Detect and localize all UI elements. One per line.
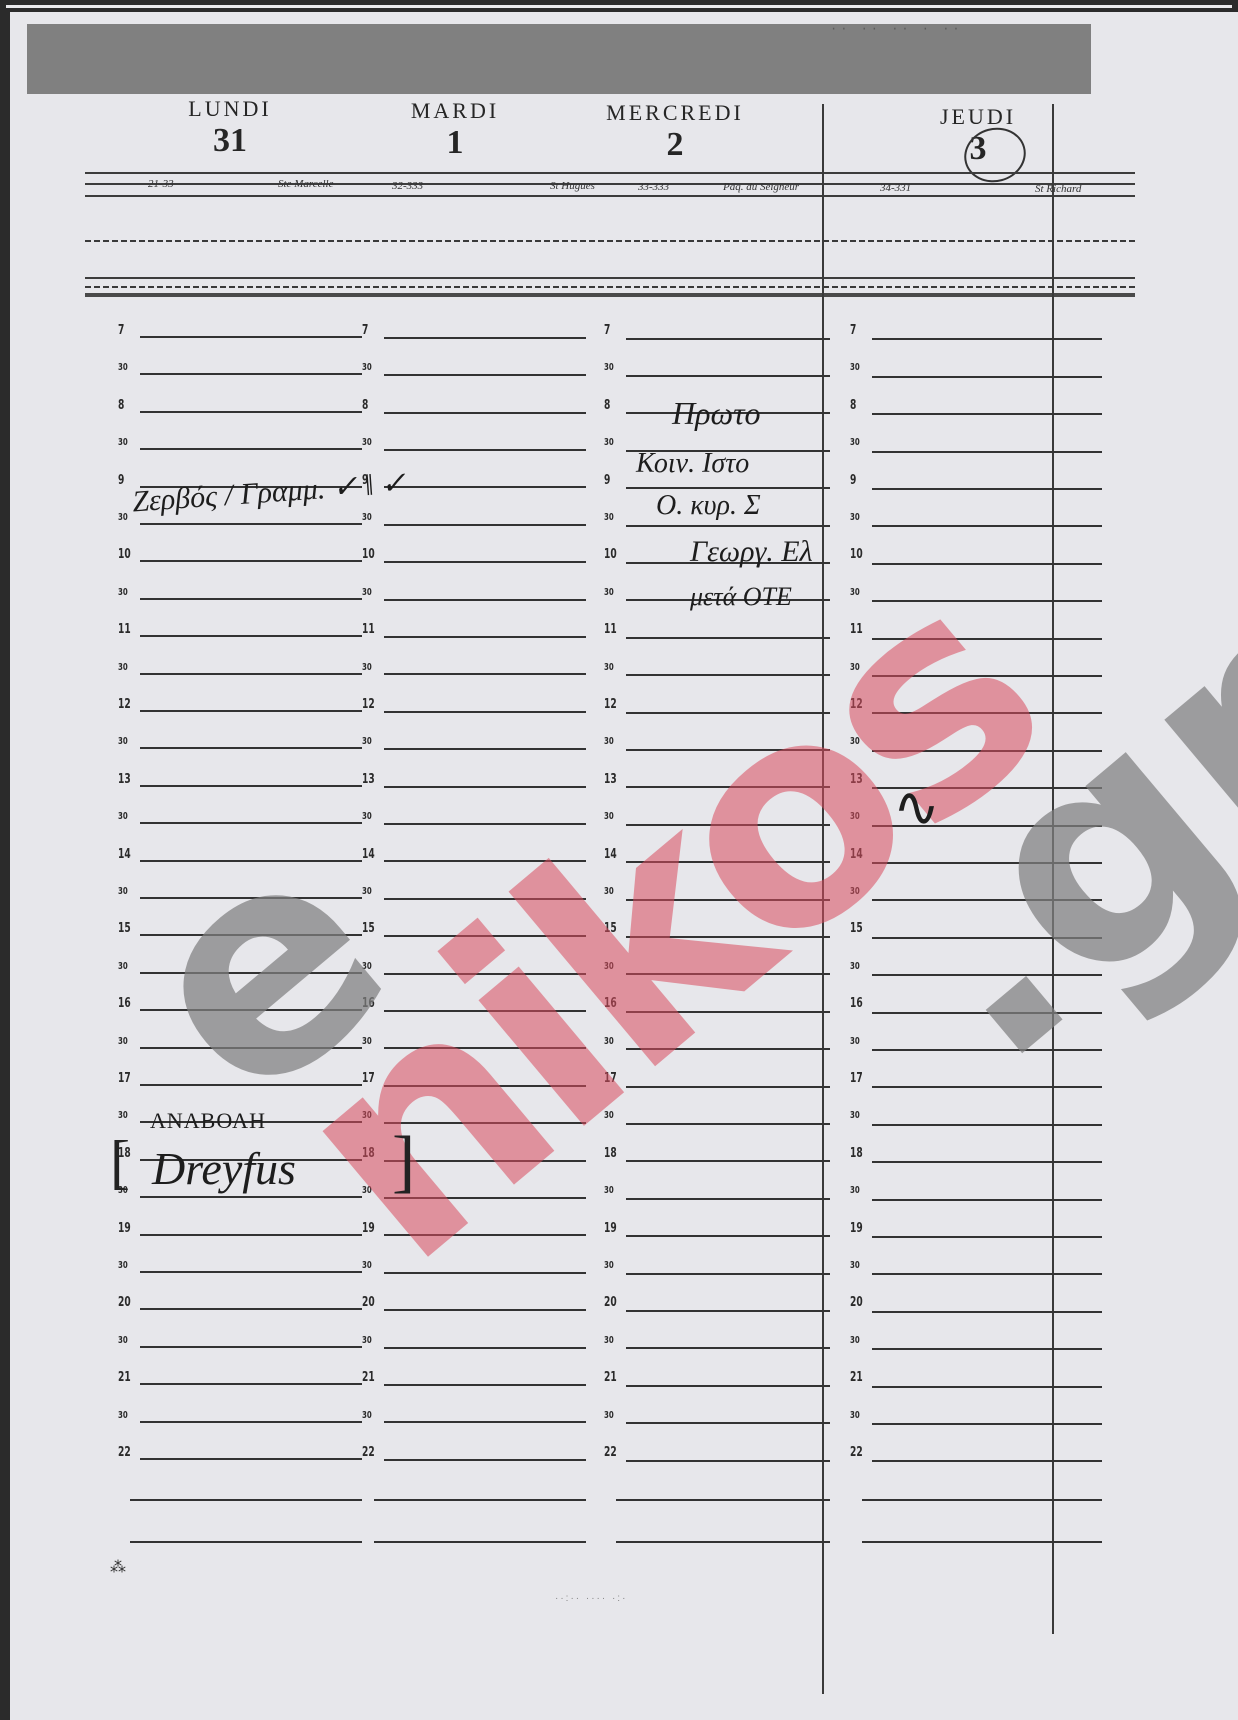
time-slot-line [872,376,1102,378]
blank-line [616,1541,830,1543]
time-slot-line [626,1160,830,1162]
time-slot-line [872,1273,1102,1275]
header-band-rule [85,286,1135,288]
time-slot-line [872,974,1102,976]
time-label: 30 [850,586,860,600]
time-slot-line [626,1460,830,1462]
time-label: 30 [850,661,860,675]
time-slot-line [140,448,362,450]
time-slot-line [872,1311,1102,1313]
time-label: 14 [362,848,375,862]
time-slot-line [384,449,586,451]
time-label: 14 [118,848,131,862]
time-slot-line [384,935,586,937]
time-label: 30 [850,436,860,450]
time-slot-line [384,1272,586,1274]
time-slot-line [140,1234,362,1236]
header-band-rule [85,183,1135,185]
time-slot-line [626,637,830,639]
time-label: 7 [362,324,368,338]
time-slot-line [384,599,586,601]
time-label: 15 [604,922,617,936]
time-slot-line [626,1235,830,1237]
time-label: 21 [850,1371,863,1385]
day-header-mercredi: MERCREDI 2 [600,100,750,164]
blank-line [616,1499,830,1501]
time-label: 30 [362,361,372,375]
time-label: 30 [604,1109,614,1123]
time-label: 10 [850,548,863,562]
time-slot-line [872,413,1102,415]
time-label: 30 [604,1334,614,1348]
time-label: 30 [604,361,614,375]
time-label: 16 [850,997,863,1011]
time-label: 30 [118,586,128,600]
time-label: 30 [118,436,128,450]
handwritten-note-line: Κοιν. Ιστο [636,448,749,480]
header-band-rule [85,195,1135,197]
time-slot-line [626,1048,830,1050]
time-label: 30 [604,1259,614,1273]
time-label: 30 [362,1109,372,1123]
time-label: 30 [362,511,372,525]
time-slot-line [140,560,362,562]
time-label: 18 [604,1147,617,1161]
time-slot-line [872,488,1102,490]
time-label: 10 [362,548,375,562]
time-slot-line [872,937,1102,939]
time-label: 13 [850,773,863,787]
time-slot-line [626,1310,830,1312]
time-slot-line [626,973,830,975]
band-note: 34-331 [880,182,911,194]
time-label: 30 [362,1334,372,1348]
time-label: 30 [118,511,128,525]
day-number: 1 [400,124,510,162]
time-label: 30 [850,810,860,824]
time-label: 16 [362,997,375,1011]
time-label: 9 [850,474,856,488]
day-name: MARDI [400,98,510,124]
time-slot-line [384,1309,586,1311]
time-slot-line [384,1384,586,1386]
time-label: 8 [362,399,368,413]
footer-faint-text: ··:·· ···· ·:· [555,1593,627,1604]
time-slot-line [384,1234,586,1236]
time-slot-line [626,1123,830,1125]
time-label: 20 [604,1296,617,1310]
day-header-lundi: LUNDI 31 [180,96,280,160]
time-slot-line [384,561,586,563]
time-slot-line [384,1421,586,1423]
handwritten-note-line: Πρωτο [672,395,761,432]
time-slot-line [626,824,830,826]
time-label: 30 [604,810,614,824]
header-band-rule [85,277,1135,279]
time-label: 14 [850,848,863,862]
time-label: 11 [118,623,131,637]
time-label: 11 [604,623,617,637]
time-slot-line [140,1346,362,1348]
corner-mark: ⁂ [110,1557,126,1577]
time-slot-line [140,1009,362,1011]
time-slot-line [626,1086,830,1088]
time-label: 30 [362,885,372,899]
time-slot-line [872,675,1102,677]
time-label: 20 [850,1296,863,1310]
time-slot-line [140,747,362,749]
time-slot-line [872,1124,1102,1126]
time-label: 20 [362,1296,375,1310]
time-label: 30 [118,1109,128,1123]
time-label: 11 [850,623,863,637]
time-slot-line [872,1049,1102,1051]
time-slot-line [626,338,830,340]
time-label: 8 [118,399,124,413]
time-slot-line [626,1385,830,1387]
day-name: JEUDI [928,104,1028,130]
time-slot-line [384,636,586,638]
time-label: 30 [118,810,128,824]
time-label: 30 [118,1259,128,1273]
time-slot-line [872,1012,1102,1014]
time-slot-line [626,487,830,489]
time-slot-line [626,525,830,527]
time-slot-line [384,486,586,488]
time-label: 30 [850,735,860,749]
time-slot-line [140,1421,362,1423]
time-label: 30 [604,885,614,899]
time-slot-line [140,523,362,525]
time-slot-line [140,785,362,787]
time-label: 20 [118,1296,131,1310]
time-slot-line [384,337,586,339]
time-slot-line [384,973,586,975]
time-label: 30 [362,1035,372,1049]
time-label: 30 [604,735,614,749]
time-slot-line [872,600,1102,602]
time-slot-line [626,1011,830,1013]
time-slot-line [384,1459,586,1461]
band-note: St Richard [1035,183,1081,195]
time-label: 30 [604,661,614,675]
time-slot-line [872,1386,1102,1388]
time-label: 13 [118,773,131,787]
time-label: 7 [850,324,856,338]
time-label: 30 [850,1259,860,1273]
time-label: 18 [850,1147,863,1161]
time-label: 30 [850,1409,860,1423]
time-label: 7 [118,324,124,338]
time-label: 30 [850,361,860,375]
band-note: 32-333 [392,180,423,192]
time-slot-line [384,823,586,825]
header-band-rule [85,293,1135,297]
blank-line [374,1541,586,1543]
blank-line [130,1541,362,1543]
time-label: 22 [604,1446,617,1460]
time-label: 30 [850,511,860,525]
time-label: 21 [118,1371,131,1385]
time-slot-line [872,1236,1102,1238]
time-slot-line [384,1347,586,1349]
time-slot-line [140,373,362,375]
time-slot-line [140,1383,362,1385]
time-slot-line [872,1086,1102,1088]
time-slot-line [140,1196,362,1198]
time-label: 30 [604,960,614,974]
time-label: 12 [604,698,617,712]
time-label: 30 [362,586,372,600]
time-label: 30 [850,1334,860,1348]
time-label: 22 [850,1446,863,1460]
time-slot-line [626,936,830,938]
time-label: 30 [118,735,128,749]
time-label: 15 [118,922,131,936]
bracket-mark-left: [ [110,1128,130,1197]
time-slot-line [626,375,830,377]
time-slot-line [140,411,362,413]
blank-line [374,1499,586,1501]
time-slot-line [872,1460,1102,1462]
day-number: 31 [180,122,280,160]
time-label: 30 [604,1035,614,1049]
scanner-frame-line [6,5,1232,8]
time-label: 30 [118,1334,128,1348]
time-label: 12 [118,698,131,712]
handwritten-note-line: μετά ΟΤΕ [690,582,792,612]
time-slot-line [872,638,1102,640]
time-label: 7 [604,324,610,338]
time-label: 18 [362,1147,375,1161]
time-slot-line [384,673,586,675]
time-label: 8 [604,399,610,413]
time-slot-line [626,1198,830,1200]
time-slot-line [384,860,586,862]
blank-line [862,1541,1102,1543]
time-label: 19 [362,1222,375,1236]
time-label: 10 [604,548,617,562]
time-slot-line [140,336,362,338]
time-label: 12 [362,698,375,712]
time-slot-line [872,1348,1102,1350]
time-slot-line [872,712,1102,714]
handwritten-scribble-jeudi: ∿ [893,775,940,840]
band-note: 21-33 [148,178,174,190]
time-slot-line [626,674,830,676]
time-slot-line [140,598,362,600]
time-label: 30 [850,885,860,899]
time-label: 30 [362,810,372,824]
time-slot-line [872,899,1102,901]
time-slot-line [140,860,362,862]
time-slot-line [384,898,586,900]
time-label: 17 [850,1072,863,1086]
time-label: 13 [604,773,617,787]
bracket-mark-right: ] [392,1122,415,1202]
day-name: LUNDI [180,96,280,122]
time-slot-line [140,1047,362,1049]
time-label: 9 [604,474,610,488]
time-label: 19 [118,1222,131,1236]
time-slot-line [384,374,586,376]
time-slot-line [626,749,830,751]
time-slot-line [384,1085,586,1087]
time-label: 17 [604,1072,617,1086]
time-label: 15 [362,922,375,936]
time-label: 30 [850,1035,860,1049]
handwritten-note-line: Ο. κυρ. Σ [656,490,761,522]
time-label: 19 [850,1222,863,1236]
handwritten-note-line: Γεωργ. Ελ [690,535,813,569]
time-label: 15 [850,922,863,936]
header-stamp: ·· ·· ·· · ·· [830,22,963,36]
time-label: 30 [118,960,128,974]
handwritten-note-dreyfus: Dreyfus [152,1142,296,1195]
time-label: 17 [118,1072,131,1086]
time-label: 21 [604,1371,617,1385]
time-label: 30 [362,1184,372,1198]
time-slot-line [384,1047,586,1049]
time-label: 30 [604,511,614,525]
time-slot-line [384,524,586,526]
time-slot-line [140,897,362,899]
time-label: 30 [118,661,128,675]
time-slot-line [872,338,1102,340]
time-slot-line [626,861,830,863]
time-label: 8 [850,399,856,413]
time-slot-line [872,750,1102,752]
band-note: St Hugues [550,180,595,192]
time-label: 30 [362,661,372,675]
time-label: 10 [118,548,131,562]
time-label: 13 [362,773,375,787]
time-label: 21 [362,1371,375,1385]
time-label: 30 [118,1035,128,1049]
time-slot-line [140,822,362,824]
blank-line [862,1499,1102,1501]
time-label: 30 [850,1184,860,1198]
time-slot-line [626,1422,830,1424]
time-label: 30 [604,586,614,600]
handwritten-note-anavoli: ΑΝΑΒΟΛΗ [150,1108,266,1134]
band-note: Pâq. du Seigneur [723,181,799,193]
column-divider [1052,104,1054,1634]
time-slot-line [626,786,830,788]
time-slot-line [872,862,1102,864]
time-label: 9 [118,474,124,488]
time-label: 30 [362,735,372,749]
time-label: 30 [604,436,614,450]
time-slot-line [626,1347,830,1349]
time-label: 17 [362,1072,375,1086]
time-slot-line [140,1458,362,1460]
time-slot-line [872,563,1102,565]
header-band-rule [85,240,1135,242]
time-slot-line [140,710,362,712]
time-slot-line [384,412,586,414]
band-note: 33-333 [638,181,669,193]
day-header-mardi: MARDI 1 [400,98,510,162]
time-label: 30 [118,361,128,375]
time-slot-line [384,748,586,750]
time-label: 19 [604,1222,617,1236]
time-slot-line [626,899,830,901]
time-slot-line [384,711,586,713]
day-number: 2 [600,126,750,164]
time-label: 30 [362,1409,372,1423]
time-label: 12 [850,698,863,712]
time-slot-line [872,1161,1102,1163]
time-label: 14 [604,848,617,862]
time-slot-line [872,1423,1102,1425]
time-slot-line [872,451,1102,453]
time-label: 30 [850,1109,860,1123]
band-note: Ste Marcelle [278,178,333,190]
time-label: 16 [604,997,617,1011]
time-slot-line [140,1271,362,1273]
time-label: 30 [604,1184,614,1198]
time-slot-line [872,1199,1102,1201]
time-slot-line [626,712,830,714]
time-slot-line [140,1308,362,1310]
time-slot-line [872,525,1102,527]
time-slot-line [626,1273,830,1275]
header-band-rule [85,172,1135,174]
time-slot-line [140,972,362,974]
time-label: 22 [118,1446,131,1460]
time-slot-line [140,1084,362,1086]
time-slot-line [140,635,362,637]
time-slot-line [384,1010,586,1012]
time-label: 30 [850,960,860,974]
time-slot-line [140,673,362,675]
time-label: 30 [362,960,372,974]
time-label: 11 [362,623,375,637]
time-label: 30 [118,885,128,899]
blank-line [130,1499,362,1501]
time-label: 22 [362,1446,375,1460]
time-label: 30 [362,1259,372,1273]
time-label: 16 [118,997,131,1011]
time-label: 30 [362,436,372,450]
time-label: 30 [118,1409,128,1423]
day-name: MERCREDI [600,100,750,126]
time-label: 30 [604,1409,614,1423]
time-slot-line [140,934,362,936]
time-slot-line [384,786,586,788]
